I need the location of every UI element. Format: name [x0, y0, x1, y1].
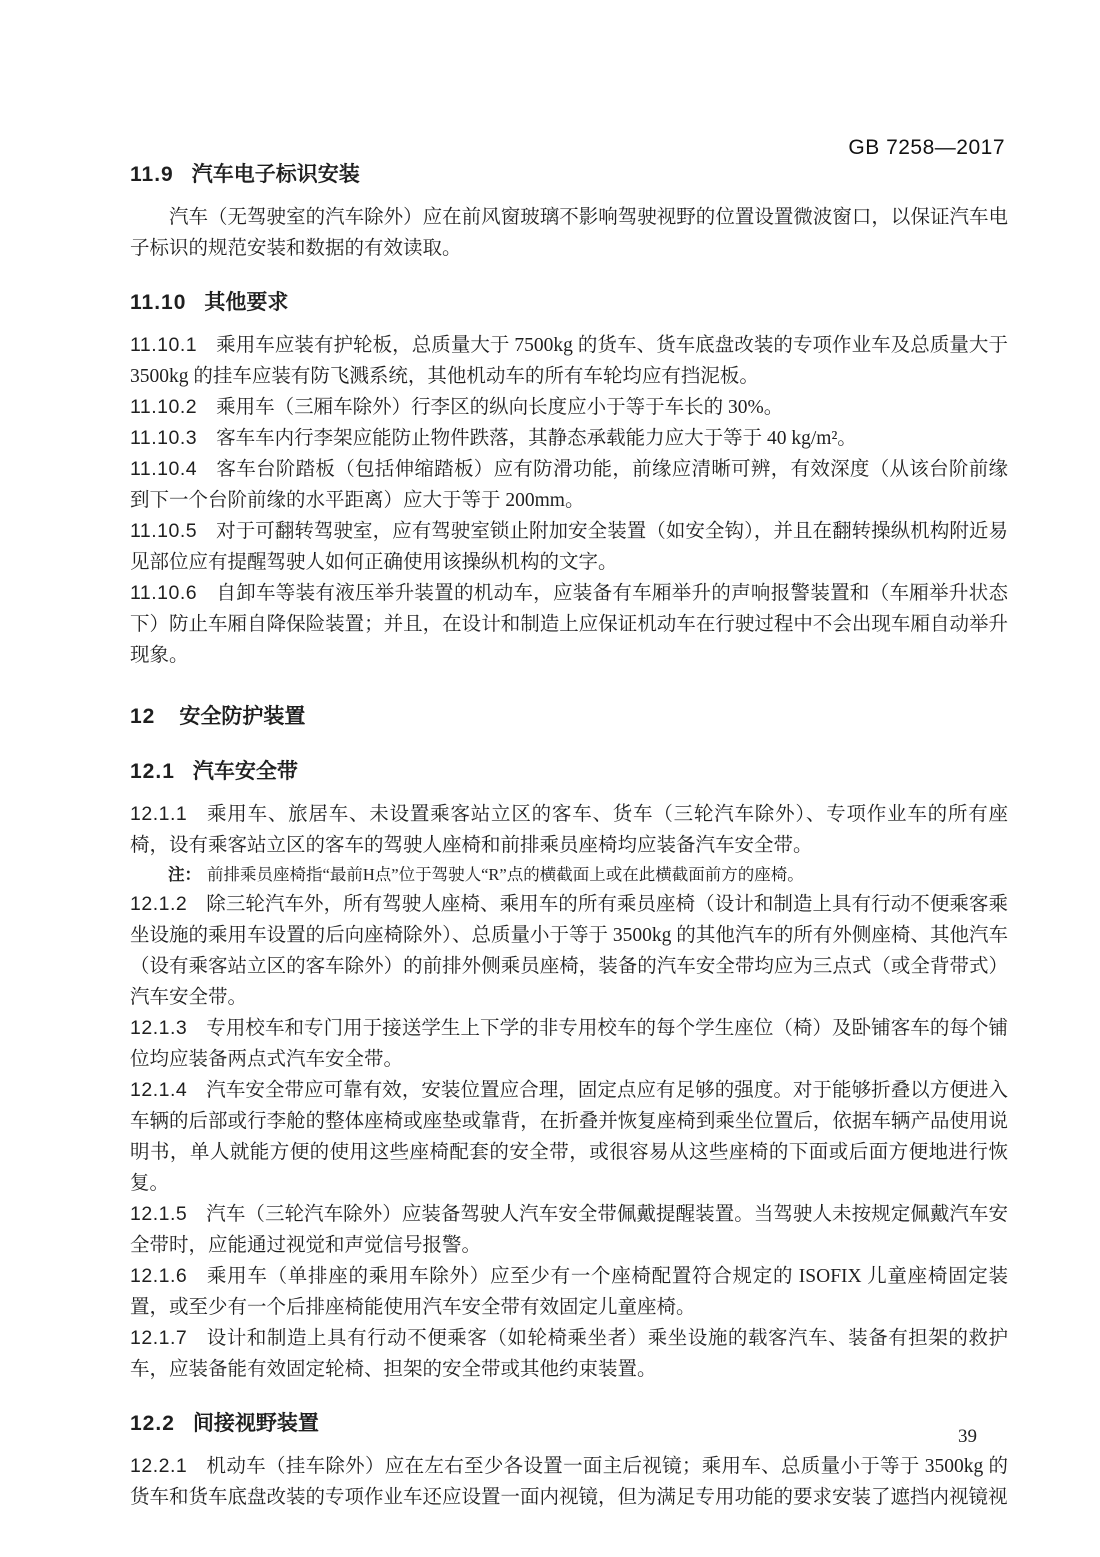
- section-number: 11.10: [130, 291, 186, 314]
- section-number: 12.2: [130, 1412, 175, 1435]
- note-label: 注：: [168, 866, 201, 884]
- clause-number: 11.10.6: [130, 582, 197, 604]
- section-title: 汽车安全带: [193, 760, 298, 783]
- chapter-title: 安全防护装置: [179, 705, 305, 728]
- clause-text: 机动车（挂车除外）应在左右至少各设置一面主后视镜；乘用车、总质量小于等于 350…: [130, 1456, 1008, 1508]
- clause-text: 自卸车等装有液压举升装置的机动车，应装备有车厢举升的声响报警装置和（车厢举升状态…: [130, 583, 1008, 666]
- clause-number: 11.10.3: [130, 427, 197, 449]
- clause-number: 12.1.5: [130, 1203, 187, 1225]
- clause-number: 11.10.5: [130, 520, 197, 542]
- clause-11-10-6: 11.10.6自卸车等装有液压举升装置的机动车，应装备有车厢举升的声响报警装置和…: [130, 578, 1008, 671]
- clause-12-1-7: 12.1.7设计和制造上具有行动不便乘客（如轮椅乘坐者）乘坐设施的载客汽车、装备…: [130, 1323, 1008, 1385]
- clause-text: 客车车内行李架应能防止物件跌落，其静态承载能力应大于等于 40 kg/m²。: [216, 428, 857, 449]
- note: 注：前排乘员座椅指“最前H点”位于驾驶人“R”点的横截面上或在此横截面前方的座椅…: [168, 862, 1008, 888]
- clause-number: 11.10.2: [130, 396, 197, 418]
- clause-number: 12.1.7: [130, 1327, 187, 1349]
- paragraph: 汽车（无驾驶室的汽车除外）应在前风窗玻璃不影响驾驶视野的位置设置微波窗口，以保证…: [130, 202, 1008, 264]
- clause-11-10-5: 11.10.5对于可翻转驾驶室，应有驾驶室锁止附加安全装置（如安全钩），并且在翻…: [130, 516, 1008, 578]
- section-heading-12-2: 12.2间接视野装置: [130, 1411, 1008, 1436]
- clause-11-10-2: 11.10.2乘用车（三厢车除外）行李区的纵向长度应小于等于车长的 30%。: [130, 392, 1008, 423]
- clause-text: 乘用车（单排座的乘用车除外）应至少有一个座椅配置符合规定的 ISOFIX 儿童座…: [130, 1266, 1008, 1318]
- clause-12-1-6: 12.1.6乘用车（单排座的乘用车除外）应至少有一个座椅配置符合规定的 ISOF…: [130, 1261, 1008, 1323]
- chapter-heading-12: 12安全防护装置: [130, 704, 1008, 729]
- clause-text: 专用校车和专门用于接送学生上下学的非专用校车的每个学生座位（椅）及卧铺客车的每个…: [130, 1018, 1008, 1070]
- note-text: 前排乘员座椅指“最前H点”位于驾驶人“R”点的横截面上或在此横截面前方的座椅。: [207, 865, 804, 884]
- clause-text: 汽车（三轮汽车除外）应装备驾驶人汽车安全带佩戴提醒装置。当驾驶人未按规定佩戴汽车…: [130, 1204, 1008, 1256]
- clause-text: 客车台阶踏板（包括伸缩踏板）应有防滑功能，前缘应清晰可辨，有效深度（从该台阶前缘…: [130, 459, 1008, 511]
- clause-number: 12.1.2: [130, 893, 187, 915]
- clause-11-10-4: 11.10.4客车台阶踏板（包括伸缩踏板）应有防滑功能，前缘应清晰可辨，有效深度…: [130, 454, 1008, 516]
- section-title: 其他要求: [204, 291, 288, 314]
- clause-text: 除三轮汽车外，所有驾驶人座椅、乘用车的所有乘员座椅（设计和制造上具有行动不便乘客…: [130, 894, 1008, 1008]
- clause-12-2-1: 12.2.1机动车（挂车除外）应在左右至少各设置一面主后视镜；乘用车、总质量小于…: [130, 1451, 1008, 1513]
- section-title: 汽车电子标识安装: [192, 163, 360, 186]
- clause-number: 11.10.4: [130, 458, 197, 480]
- section-heading-12-1: 12.1汽车安全带: [130, 759, 1008, 784]
- clause-number: 12.2.1: [130, 1455, 187, 1477]
- clause-text: 设计和制造上具有行动不便乘客（如轮椅乘坐者）乘坐设施的载客汽车、装备有担架的救护…: [130, 1328, 1008, 1380]
- clause-number: 12.1.1: [130, 803, 187, 825]
- section-number: 12.1: [130, 760, 175, 783]
- clause-12-1-4: 12.1.4汽车安全带应可靠有效，安装位置应合理，固定点应有足够的强度。对于能够…: [130, 1075, 1008, 1199]
- clause-11-10-1: 11.10.1乘用车应装有护轮板，总质量大于 7500kg 的货车、货车底盘改装…: [130, 330, 1008, 392]
- chapter-number: 12: [130, 705, 155, 728]
- clause-text: 乘用车应装有护轮板，总质量大于 7500kg 的货车、货车底盘改装的专项作业车及…: [130, 335, 1008, 387]
- page-number: 39: [958, 1426, 977, 1448]
- section-title: 间接视野装置: [193, 1412, 319, 1435]
- clause-12-1-1: 12.1.1乘用车、旅居车、未设置乘客站立区的客车、货车（三轮汽车除外）、专项作…: [130, 799, 1008, 861]
- page-content: 11.9汽车电子标识安装 汽车（无驾驶室的汽车除外）应在前风窗玻璃不影响驾驶视野…: [130, 0, 1008, 1513]
- document-page: GB 7258—2017 11.9汽车电子标识安装 汽车（无驾驶室的汽车除外）应…: [0, 0, 1100, 1557]
- section-heading-11-10: 11.10其他要求: [130, 290, 1008, 315]
- section-number: 11.9: [130, 163, 174, 186]
- clause-11-10-3: 11.10.3客车车内行李架应能防止物件跌落，其静态承载能力应大于等于 40 k…: [130, 423, 1008, 454]
- clause-text: 乘用车（三厢车除外）行李区的纵向长度应小于等于车长的 30%。: [216, 397, 783, 418]
- clause-number: 12.1.4: [130, 1079, 187, 1101]
- clause-number: 11.10.1: [130, 334, 197, 356]
- clause-text: 汽车安全带应可靠有效，安装位置应合理，固定点应有足够的强度。对于能够折叠以方便进…: [130, 1080, 1008, 1194]
- clause-12-1-2: 12.1.2除三轮汽车外，所有驾驶人座椅、乘用车的所有乘员座椅（设计和制造上具有…: [130, 889, 1008, 1013]
- clause-12-1-5: 12.1.5汽车（三轮汽车除外）应装备驾驶人汽车安全带佩戴提醒装置。当驾驶人未按…: [130, 1199, 1008, 1261]
- section-heading-11-9: 11.9汽车电子标识安装: [130, 162, 1008, 187]
- clause-text: 乘用车、旅居车、未设置乘客站立区的客车、货车（三轮汽车除外）、专项作业车的所有座…: [130, 804, 1008, 856]
- clause-number: 12.1.3: [130, 1017, 187, 1039]
- clause-text: 对于可翻转驾驶室，应有驾驶室锁止附加安全装置（如安全钩），并且在翻转操纵机构附近…: [130, 521, 1008, 573]
- clause-12-1-3: 12.1.3专用校车和专门用于接送学生上下学的非专用校车的每个学生座位（椅）及卧…: [130, 1013, 1008, 1075]
- clause-number: 12.1.6: [130, 1265, 187, 1287]
